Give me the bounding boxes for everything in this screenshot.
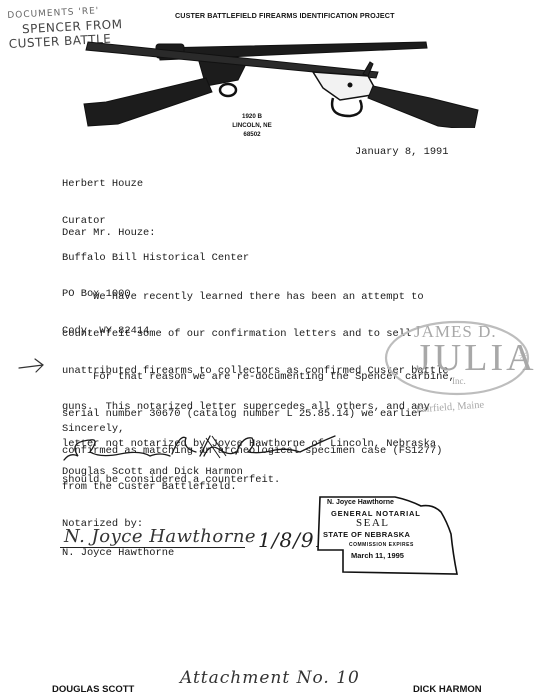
- seal-line4: COMMISSION EXPIRES: [349, 542, 414, 548]
- paragraph-2-line: serial number 30670 (catalog number L 25…: [62, 408, 455, 420]
- letterhead-address-line2: LINCOLN, NE: [222, 121, 282, 130]
- recipient-title: Curator: [62, 215, 249, 227]
- footer-left-name: DOUGLAS SCOTT: [52, 684, 134, 695]
- notary-signature: N. Joyce Hawthorne: [64, 526, 256, 547]
- signature-icon: [60, 432, 340, 468]
- seal-line2: SEAL: [356, 517, 390, 529]
- salutation: Dear Mr. Houze:: [62, 227, 156, 239]
- letter-date: January 8, 1991: [355, 146, 449, 158]
- notary-name: N. Joyce Hawthorne: [62, 547, 174, 559]
- watermark-line3: Inc.: [452, 376, 466, 386]
- notary-seal: N. Joyce Hawthorne GENERAL NOTARIAL SEAL…: [317, 494, 477, 576]
- paragraph-1-line: We have recently learned there has been …: [62, 291, 449, 303]
- margin-arrow-icon: [18, 356, 46, 376]
- signers-names: Douglas Scott and Dick Harmon: [62, 466, 243, 478]
- seal-notary-name: N. Joyce Hawthorne: [327, 499, 394, 506]
- paragraph-2-line: from the Custer Battlefield.: [62, 481, 455, 493]
- watermark-stamp: ✳ JAMES D. JULIA Inc.: [384, 318, 530, 398]
- seal-line5: March 11, 1995: [351, 551, 404, 560]
- letterhead-address: 1920 B LINCOLN, NE 68502: [222, 112, 282, 139]
- recipient-organization: Buffalo Bill Historical Center: [62, 252, 249, 264]
- letterhead-address-line3: 68502: [222, 130, 282, 139]
- attachment-note: Attachment No. 10: [180, 668, 360, 688]
- watermark-line2: JULIA: [416, 338, 537, 378]
- letterhead-address-line1: 1920 B: [222, 112, 282, 121]
- recipient-name: Herbert Houze: [62, 178, 249, 190]
- footer-right-name: DICK HARMON: [413, 684, 482, 695]
- seal-line3: STATE OF NEBRASKA: [323, 530, 410, 539]
- letterhead-title: CUSTER BATTLEFIELD FIREARMS IDENTIFICATI…: [175, 11, 395, 20]
